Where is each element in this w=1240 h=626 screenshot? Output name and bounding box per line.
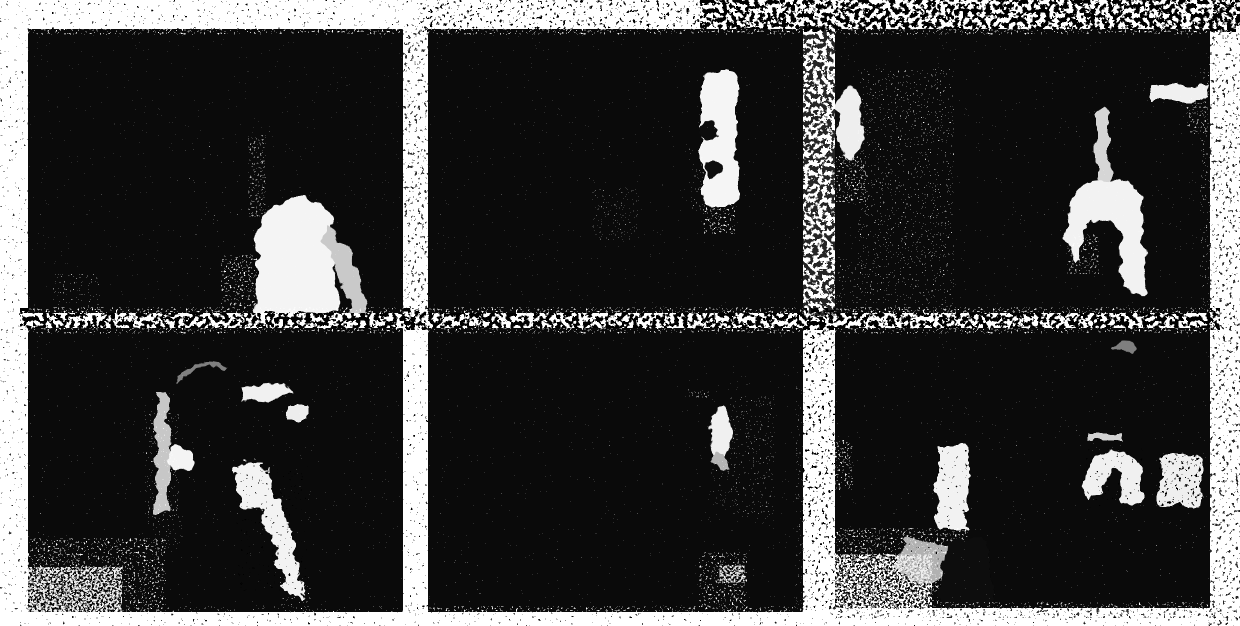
photo-frame-4 (28, 328, 403, 612)
scanner-noise-top-middle (420, 0, 700, 32)
frame5-film-grain (428, 328, 803, 612)
scanner-noise-right-margin (1206, 0, 1240, 626)
scanner-noise-gap2-top (800, 26, 838, 316)
photo-frame-6 (835, 328, 1210, 608)
scanner-noise-top-right (700, 0, 1240, 32)
frame4-film-grain (28, 328, 403, 612)
photo-frame-1 (28, 29, 403, 313)
frame1-film-grain (28, 29, 403, 313)
scanner-noise-gap1-top (398, 26, 432, 316)
scanner-noise-gap1-bottom (398, 326, 432, 614)
scanner-noise-left-margin (0, 32, 30, 612)
frame6-film-grain (835, 328, 1210, 608)
scanner-noise-gap2-bottom (802, 326, 838, 610)
photo-frame-3 (835, 29, 1210, 313)
scanned-page (0, 0, 1240, 626)
frame2-film-grain (428, 29, 803, 313)
photo-frame-2 (428, 29, 803, 313)
scanner-noise-top-left (0, 0, 420, 30)
photo-frame-5 (428, 328, 803, 612)
frame3-film-grain (835, 29, 1210, 313)
